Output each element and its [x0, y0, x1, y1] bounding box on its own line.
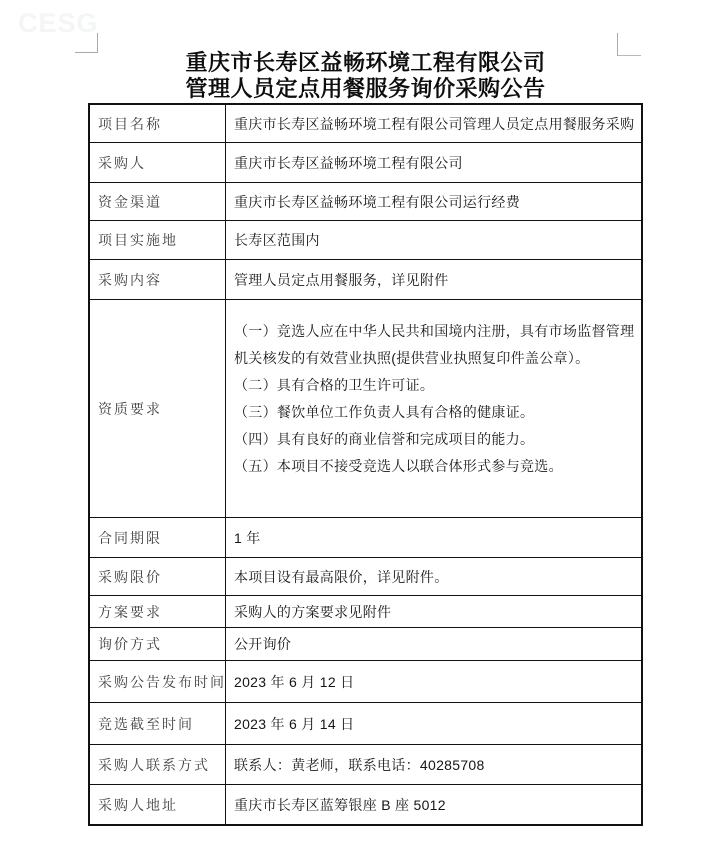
row-label: 方案要求: [90, 596, 226, 627]
row-label: 资金渠道: [90, 183, 226, 220]
row-label: 项目实施地: [90, 221, 226, 259]
table-row: 方案要求 采购人的方案要求见附件: [90, 595, 641, 627]
row-value: 采购人的方案要求见附件: [226, 596, 641, 627]
table-row: 采购人联系方式 联系人：黄老师，联系电话：40285708: [90, 744, 641, 784]
row-value: 重庆市长寿区蓝筹银座 B 座 5012: [226, 785, 641, 824]
row-label: 询价方式: [90, 628, 226, 660]
page-title-line2: 管理人员定点用餐服务询价采购公告: [88, 76, 643, 102]
row-label: 资质要求: [90, 300, 226, 517]
table-row: 采购人地址 重庆市长寿区蓝筹银座 B 座 5012: [90, 784, 641, 824]
row-value: 联系人：黄老师，联系电话：40285708: [226, 745, 641, 784]
table-row: 项目名称 重庆市长寿区益畅环境工程有限公司管理人员定点用餐服务采购: [90, 105, 641, 142]
row-label: 竞选截至时间: [90, 703, 226, 744]
table-row: 合同期限 1 年: [90, 517, 641, 557]
row-label: 采购人联系方式: [90, 745, 226, 784]
row-value: 本项目设有最高限价，详见附件。: [226, 558, 641, 595]
table-row: 资质要求 （一）竞选人应在中华人民共和国境内注册，具有市场监督管理机关核发的有效…: [90, 299, 641, 517]
row-value: 长寿区范围内: [226, 221, 641, 259]
row-value: 管理人员定点用餐服务，详见附件: [226, 260, 641, 299]
qualification-line: （二）具有合格的卫生许可证。: [234, 372, 635, 399]
row-value: 2023 年 6 月 12 日: [226, 661, 641, 702]
table-row: 采购限价 本项目设有最高限价，详见附件。: [90, 557, 641, 595]
row-label: 采购人: [90, 143, 226, 182]
row-label: 采购公告发布时间: [90, 661, 226, 702]
row-label: 采购人地址: [90, 785, 226, 824]
table-row: 资金渠道 重庆市长寿区益畅环境工程有限公司运行经费: [90, 182, 641, 220]
row-value: 重庆市长寿区益畅环境工程有限公司运行经费: [226, 183, 641, 220]
row-label: 采购限价: [90, 558, 226, 595]
qualification-line: （三）餐饮单位工作负责人具有合格的健康证。: [234, 399, 635, 426]
qualification-line: （一）竞选人应在中华人民共和国境内注册，具有市场监督管理机关核发的有效营业执照(…: [234, 318, 635, 372]
page-title: 重庆市长寿区益畅环境工程有限公司 管理人员定点用餐服务询价采购公告: [88, 50, 643, 102]
row-value: 1 年: [226, 518, 641, 557]
table-row: 采购公告发布时间 2023 年 6 月 12 日: [90, 660, 641, 702]
table-row: 采购人 重庆市长寿区益畅环境工程有限公司: [90, 142, 641, 182]
row-value: 公开询价: [226, 628, 641, 660]
page-title-line1: 重庆市长寿区益畅环境工程有限公司: [88, 50, 643, 76]
page: { "watermark": { "text": "CESG" }, "titl…: [0, 0, 720, 858]
row-value: （一）竞选人应在中华人民共和国境内注册，具有市场监督管理机关核发的有效营业执照(…: [226, 300, 641, 517]
table-row: 竞选截至时间 2023 年 6 月 14 日: [90, 702, 641, 744]
row-value: 重庆市长寿区益畅环境工程有限公司: [226, 143, 641, 182]
table-row: 项目实施地 长寿区范围内: [90, 220, 641, 259]
row-label: 合同期限: [90, 518, 226, 557]
row-value: 重庆市长寿区益畅环境工程有限公司管理人员定点用餐服务采购: [226, 105, 641, 142]
row-value: 2023 年 6 月 14 日: [226, 703, 641, 744]
row-label: 采购内容: [90, 260, 226, 299]
qualification-line: （四）具有良好的商业信誉和完成项目的能力。: [234, 426, 635, 453]
row-label: 项目名称: [90, 105, 226, 142]
table-row: 采购内容 管理人员定点用餐服务，详见附件: [90, 259, 641, 299]
qualification-line: （五）本项目不接受竞选人以联合体形式参与竞选。: [234, 453, 635, 480]
table-row: 询价方式 公开询价: [90, 627, 641, 660]
announcement-table: 项目名称 重庆市长寿区益畅环境工程有限公司管理人员定点用餐服务采购 采购人 重庆…: [88, 103, 643, 826]
